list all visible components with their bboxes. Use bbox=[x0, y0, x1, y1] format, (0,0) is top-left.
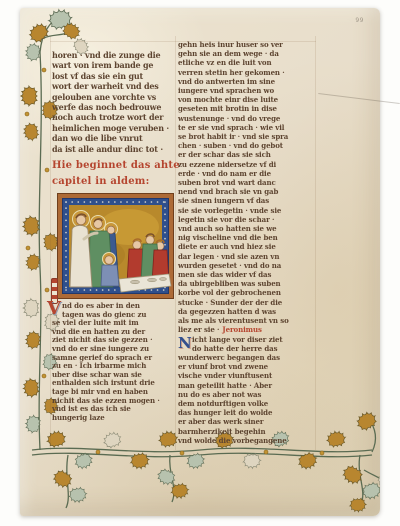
initial-V: V bbox=[47, 300, 60, 317]
red-line-prefix: liez er sie · bbox=[178, 325, 219, 334]
folio-number: 99 bbox=[355, 17, 364, 24]
initial-N: N bbox=[178, 335, 190, 353]
right-column-lower-lines: icht lange vor diser zietdo hatte der he… bbox=[178, 335, 316, 445]
miniature-painting bbox=[57, 193, 174, 299]
left-paragraph-lines: nd do es aber in dentagen was do gienc z… bbox=[52, 302, 184, 422]
photo-background: 99 horen · vnd die zunge diewart von ire… bbox=[0, 0, 400, 526]
left-text-column: horen · vnd die zunge diewart von irem b… bbox=[52, 50, 180, 154]
manuscript-page: 99 horen · vnd die zunge diewart von ire… bbox=[20, 8, 380, 516]
column-ruling-left bbox=[50, 36, 51, 450]
source-attribution-line: liez er sie ·Jeronimus bbox=[178, 325, 316, 334]
right-text-column: gehn heis inur huser so vergehn sie an d… bbox=[178, 40, 316, 445]
right-column-upper-lines: gehn heis inur huser so vergehn sie an d… bbox=[178, 40, 316, 325]
source-attribution-jeronimus: Jeronimus bbox=[222, 325, 261, 334]
left-paragraph: V nd do es aber in dentagen was do gienc… bbox=[52, 302, 184, 422]
chapter-rubric: Hie beginnet das ahtecapitel in aldem: bbox=[52, 158, 182, 189]
new-section-block: N icht lange vor diser zietdo hatte der … bbox=[178, 335, 316, 445]
